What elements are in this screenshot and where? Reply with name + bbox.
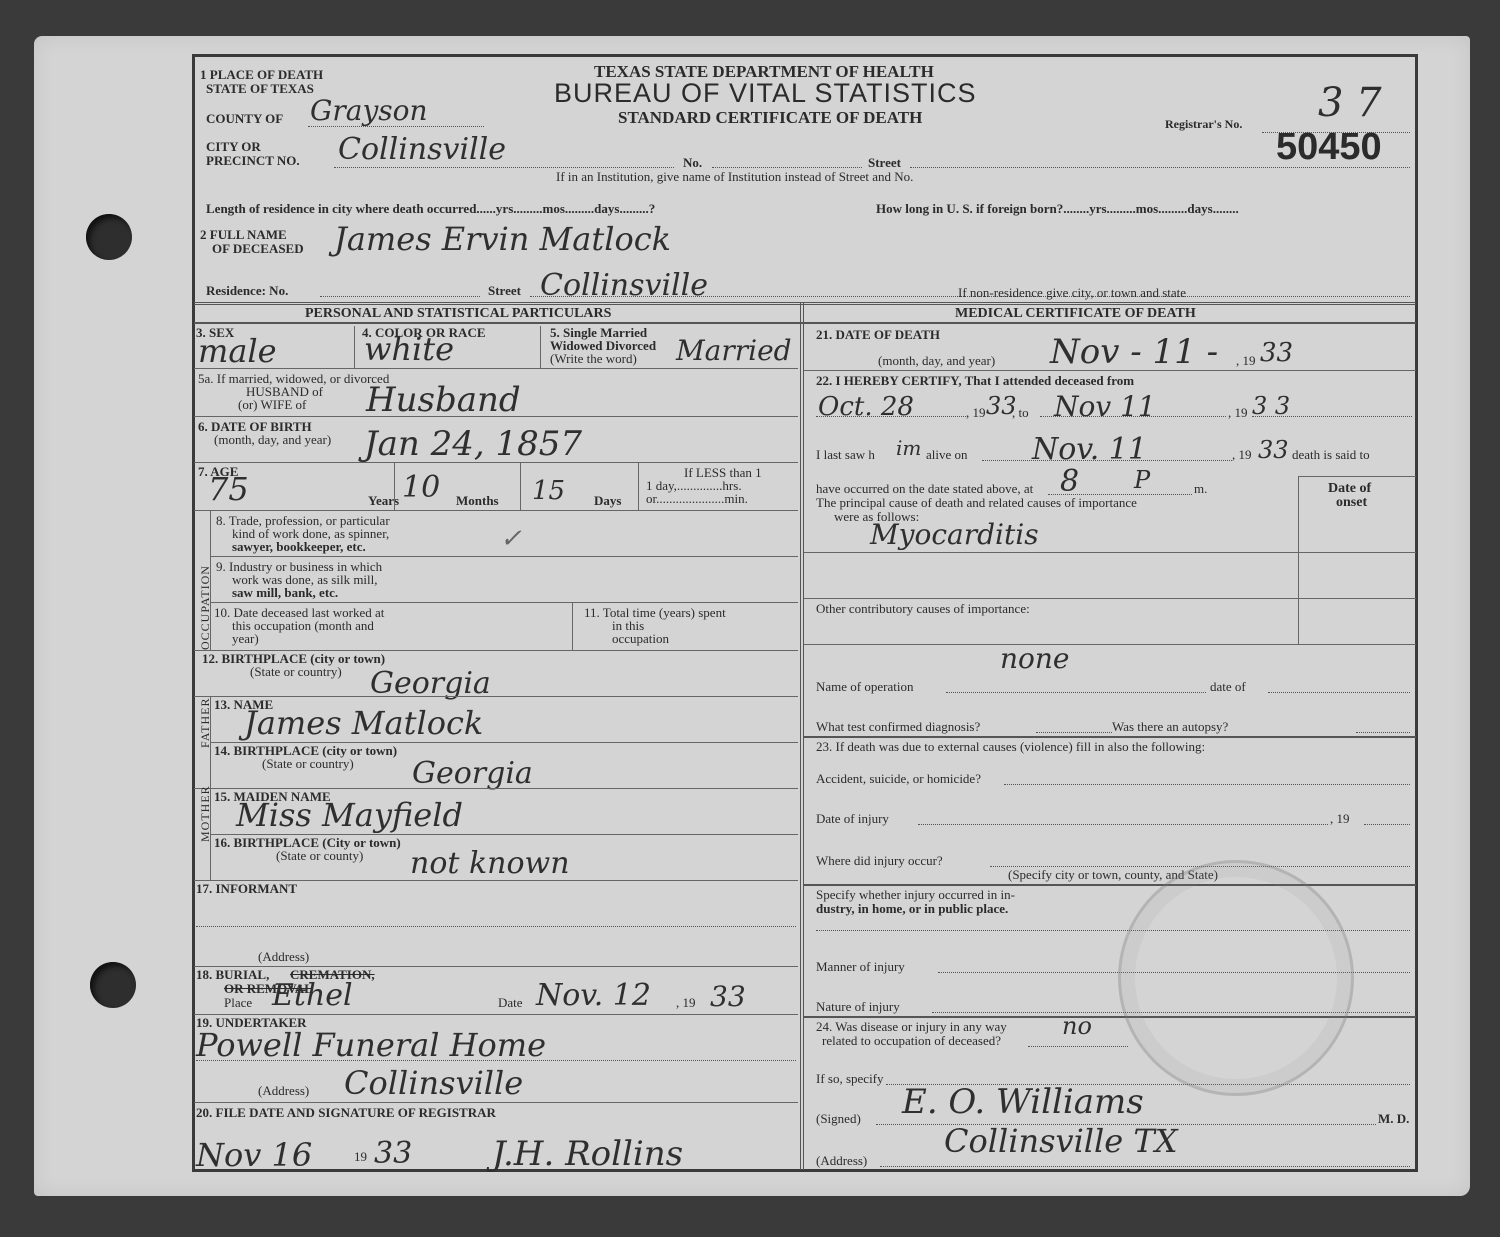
cause-label-1: The principal cause of death and related… [816,496,1137,509]
father-birthplace: Georgia [412,756,533,791]
lastsaw-date: Nov. 11 [1032,432,1147,467]
onset-label-1: Date of [1328,482,1371,495]
punch-hole-top [86,214,132,260]
full-name-label-1: 2 FULL NAME [200,228,287,241]
file-year: 33 [374,1136,412,1171]
burial-place-label: Place [224,996,252,1010]
md-label: M. D. [1378,1112,1409,1125]
ifso-label: If so, specify [816,1072,884,1086]
personal-section-title: PERSONAL AND STATISTICAL PARTICULARS [305,306,611,322]
contributory-label: Other contributory causes of importance: [816,602,1030,616]
date-of-label: date of [1210,680,1246,694]
m-label: m. [1194,482,1207,496]
dod-label-1: 21. DATE OF DEATH [816,328,940,341]
autopsy-label: Was there an autopsy? [1112,720,1228,733]
bureau-title: BUREAU OF VITAL STATISTICS [554,78,977,109]
cause-value: Myocarditis [870,518,1039,551]
injury-date-label: Date of injury [816,812,889,826]
trade-checkmark: ✓ [500,524,522,554]
mother-name: Miss Mayfield [236,796,463,834]
sex-value: male [198,332,277,370]
operation-label: Name of operation [816,680,913,694]
undertaker-address-label: (Address) [258,1084,309,1098]
county-label: COUNTY OF [206,112,283,125]
totaltime-label-3: occupation [612,632,669,646]
signed-label: (Signed) [816,1112,861,1126]
industry-label-3: saw mill, bank, etc. [232,586,338,599]
father-birthplace-label-2: (State or country) [262,757,354,771]
dod-label-2: (month, day, and year) [878,354,995,368]
spouse-label-3: (or) WIFE of [238,398,306,412]
no-label: No. [683,156,702,169]
file-date-label: 20. FILE DATE AND SIGNATURE OF REGISTRAR [196,1106,496,1119]
physician-signature: E. O. Williams [902,1082,1144,1122]
burial-place: Ethel [272,978,353,1013]
alive-label: alive on [926,448,968,462]
trade-label-3: sawyer, bookkeeper, etc. [232,540,366,553]
where-label: Where did injury occur? [816,854,943,868]
occ-related-value: no [1062,1012,1092,1040]
file-date: Nov 16 [196,1136,312,1174]
said-label: death is said to [1292,448,1370,462]
manner-label: Manner of injury [816,960,905,974]
father-name: James Matlock [244,704,483,742]
address-label: (Address) [816,1154,867,1168]
burial-label: 18. BURIAL, [196,968,269,981]
occ-related-label-1: 24. Was disease or injury in any way [816,1020,1007,1034]
undertaker-value: Powell Funeral Home [196,1026,546,1064]
age-months: 10 [402,470,440,505]
to-label: , to [1012,406,1029,420]
birthplace-label-2: (State or country) [250,665,342,679]
specify-label-2: dustry, in home, or in public place. [816,902,1008,915]
full-name-label-2: OF DECEASED [212,242,304,255]
age-years: 75 [208,470,249,508]
file-number: 50450 [1276,126,1382,169]
registrar-signature: J.H. Rollins [492,1134,683,1174]
residence-value: Collinsville [540,268,708,303]
from-year-prefix: , 19 [966,406,986,420]
registrar-number: 3 7 [1318,80,1382,126]
to-year-prefix: , 19 [1228,406,1248,420]
less-label-3: or.....................min. [646,492,748,506]
ampm-value: P [1134,466,1150,494]
injury-year-prefix: , 19 [1330,812,1350,826]
file-year-prefix: 19 [354,1150,367,1164]
burial-year: 33 [710,980,746,1013]
registrar-label: Registrar's No. [1165,118,1242,131]
undertaker-address: Collinsville [344,1064,523,1102]
city-value: Collinsville [338,132,506,167]
street-label: Street [868,156,901,169]
specify-label-1: Specify whether injury occurred in in- [816,888,1015,902]
city-label-1: CITY OR [206,140,261,153]
lastsaw-year-prefix: , 19 [1232,448,1252,462]
dob-label-2: (month, day, and year) [214,433,331,447]
institution-note: If in an Institution, give name of Insti… [556,170,913,184]
age-days: 15 [532,476,565,506]
burial-date: Nov. 12 [536,978,651,1013]
race-value: white [364,330,454,368]
lastworked-label-3: year) [232,632,259,646]
burial-date-label: Date [498,996,523,1010]
certificate-title: STANDARD CERTIFICATE OF DEATH [618,108,922,128]
burial-year-prefix: , 19 [676,996,696,1010]
operation-value: none [1000,642,1070,675]
informant-address-label: (Address) [258,950,309,964]
medical-section-title: MEDICAL CERTIFICATE OF DEATH [955,306,1196,322]
received-stamp [1118,860,1354,1096]
marital-label-3: (Write the word) [550,352,637,366]
lastsaw-year: 33 [1258,436,1289,464]
place-label: 1 PLACE OF DEATH [200,68,323,81]
attended-from: Oct. 28 [818,392,914,422]
nonresidence-note: If non-residence give city, or town and … [958,286,1186,300]
mother-birthplace: not known [410,846,570,881]
test-label: What test confirmed diagnosis? [816,720,980,734]
spouse-value: Husband [366,380,521,420]
occ-related-label-2: related to occupation of deceased? [822,1034,1001,1048]
foreign-born-label: How long in U. S. if foreign born?......… [876,202,1239,215]
mother-birthplace-label-2: (State or county) [276,849,363,863]
residence-length-label: Length of residence in city where death … [206,202,655,215]
lastsaw-label: I last saw h [816,448,875,462]
county-value: Grayson [310,94,428,127]
residence-label: Residence: No. [206,284,288,297]
dod-year-prefix: , 19 [1236,354,1256,368]
physician-address: Collinsville TX [944,1122,1178,1160]
state-label: STATE OF TEXAS [206,82,314,95]
accident-label: Accident, suicide, or homicide? [816,772,981,786]
totaltime-label-1: 11. Total time (years) spent [584,606,726,620]
days-label: Days [594,494,621,507]
residence-street-label: Street [488,284,521,297]
dob-value: Jan 24, 1857 [364,424,582,464]
certify-label: 22. I HEREBY CERTIFY, That I attended de… [816,374,1134,387]
nature-label: Nature of injury [816,1000,900,1014]
dod-value: Nov - 11 - [1050,332,1218,372]
informant-label: 17. INFORMANT [196,882,297,895]
punch-hole-bottom [90,962,136,1008]
dod-year: 33 [1260,338,1293,368]
attended-to: Nov 11 [1054,390,1156,423]
months-label: Months [456,494,499,507]
marital-value: Married [676,334,792,367]
lastsaw-him: im [896,436,921,460]
deceased-name: James Ervin Matlock [334,220,671,258]
occurred-label: have occurred on the date stated above, … [816,482,1033,496]
external-causes-label: 23. If death was due to external causes … [816,740,1205,754]
city-label-2: PRECINCT NO. [206,154,300,167]
onset-label-2: onset [1336,496,1367,509]
